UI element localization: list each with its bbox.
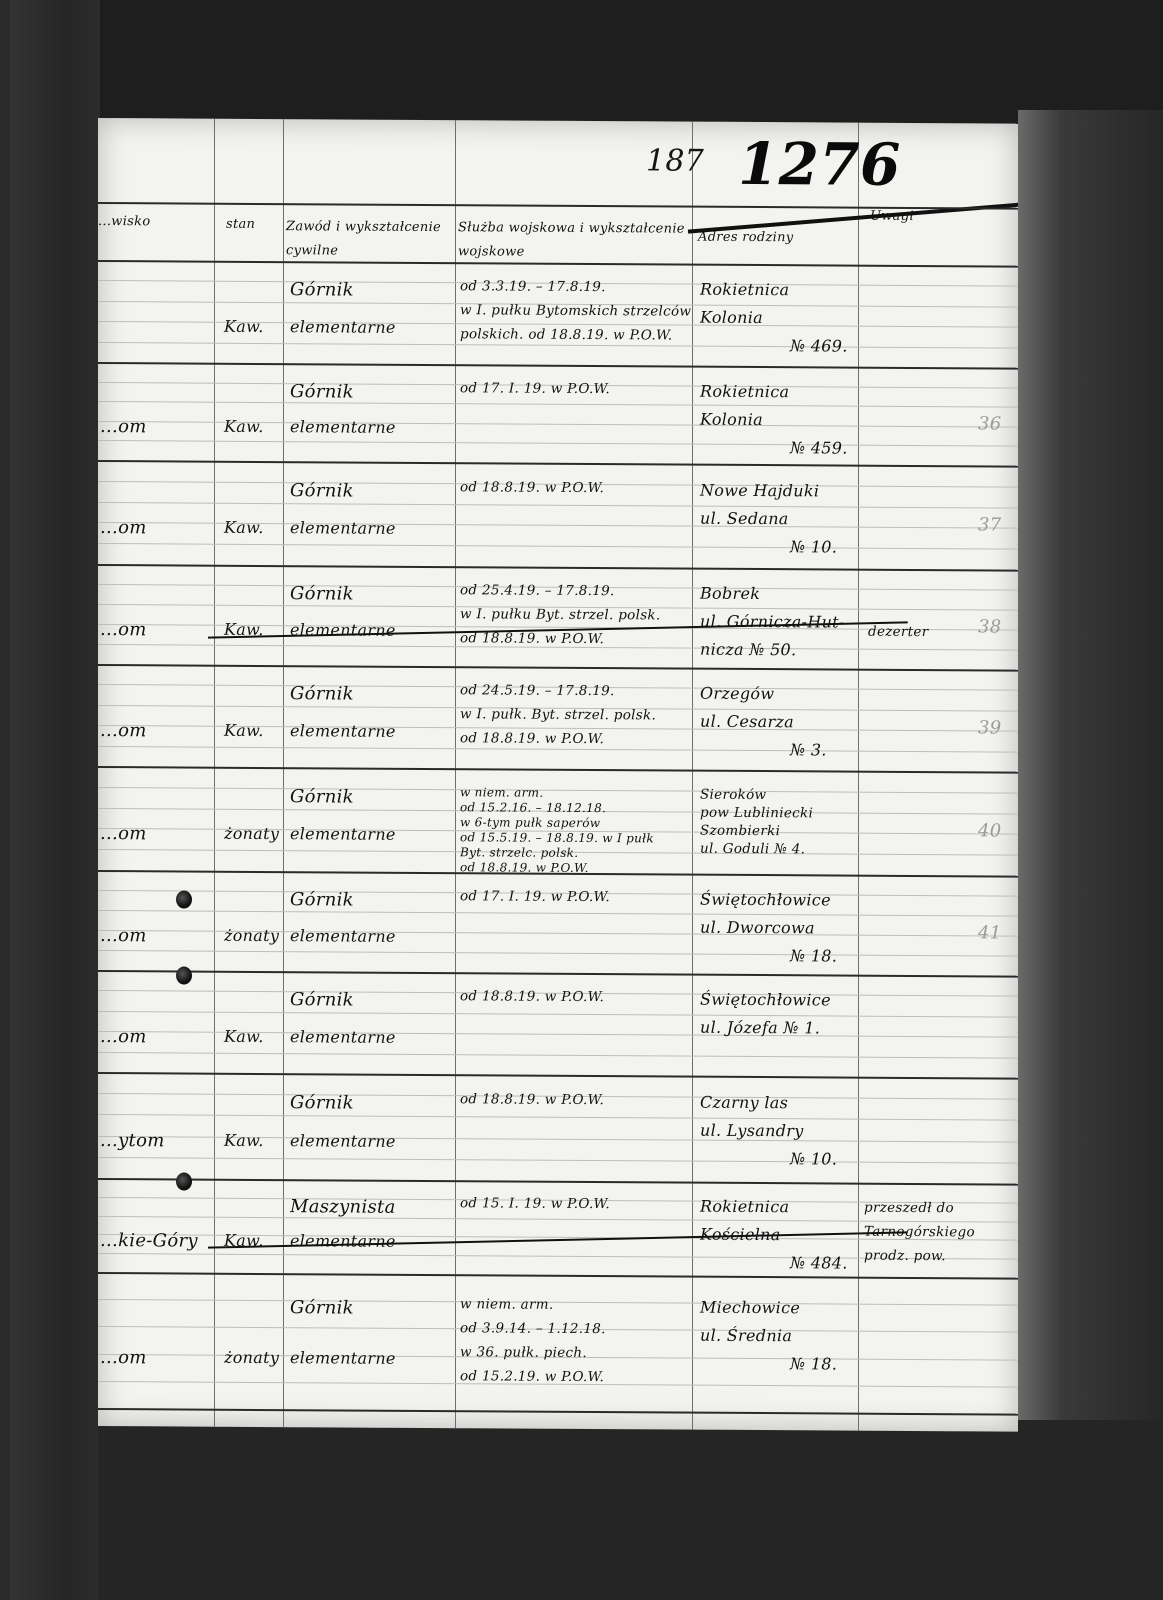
entry-occupation: Górnik bbox=[290, 480, 354, 501]
entry-military-line: od 18.8.19. w P.O.W. bbox=[460, 630, 604, 647]
entry-military-line: od 15. I. 19. w P.O.W. bbox=[460, 1195, 610, 1212]
column-divider bbox=[692, 122, 693, 1430]
entry-address-line: ul. Średnia bbox=[700, 1325, 792, 1345]
entry-address-line: № 469. bbox=[790, 337, 848, 356]
entry-occupation: Górnik bbox=[290, 889, 354, 910]
entry-military-line: od 18.8.19. w P.O.W. bbox=[460, 479, 604, 496]
entry-address-line: № 18. bbox=[790, 1354, 837, 1373]
ledger-line bbox=[98, 1011, 1018, 1018]
entry-address-line: nicza № 50. bbox=[700, 640, 796, 660]
entry-occupation: Górnik bbox=[290, 280, 354, 301]
entry-military-line: od 17. I. 19. w P.O.W. bbox=[460, 380, 610, 397]
row-divider bbox=[98, 1408, 1018, 1416]
faint-margin-number: 38 bbox=[978, 616, 1002, 637]
entry-military-line: od 15.2.19. w P.O.W. bbox=[460, 1368, 604, 1385]
ledger-line bbox=[98, 1299, 1018, 1306]
entry-military-line: polskich. od 18.8.19. w P.O.W. bbox=[460, 327, 672, 344]
entry-name: ...om bbox=[100, 823, 147, 844]
entry-name: ...om bbox=[100, 1026, 147, 1047]
entry-address-line: Szombierki bbox=[700, 822, 780, 838]
faint-margin-number: 41 bbox=[978, 922, 1002, 943]
entry-status: Kaw. bbox=[224, 317, 264, 336]
entry-address-line: ul. Dworcowa bbox=[700, 918, 815, 938]
entry-status: żonaty bbox=[224, 1348, 279, 1367]
entry-address-line: Bobrek bbox=[700, 584, 760, 603]
entry-address-line: Rokietnica bbox=[700, 1197, 789, 1217]
entry-status: żonaty bbox=[224, 926, 279, 945]
ledger-line bbox=[98, 543, 1018, 550]
ledger-line bbox=[98, 502, 1018, 509]
ledger-line bbox=[98, 440, 1018, 447]
entry-military-line: od 25.4.19. – 17.8.19. bbox=[460, 582, 615, 599]
entry-address-line: Świętochłowice bbox=[700, 890, 831, 910]
entry-address-line: pow Lubliniecki bbox=[700, 804, 813, 821]
ledger-line bbox=[98, 910, 1018, 917]
entry-education: elementarne bbox=[290, 1231, 396, 1251]
ledger-line bbox=[98, 401, 1018, 408]
entry-education: elementarne bbox=[290, 317, 396, 337]
entry-address-line: Nowe Hajduki bbox=[700, 480, 819, 500]
entry-address-line: № 18. bbox=[790, 946, 837, 965]
entry-address-line: Świętochłowice bbox=[700, 990, 831, 1010]
punch-hole bbox=[176, 966, 192, 984]
entry-status: Kaw. bbox=[224, 518, 264, 537]
ledger-line bbox=[98, 950, 1018, 957]
entry-military-line: w I. pułku Byt. strzel. polsk. bbox=[460, 606, 661, 623]
entry-name: ...om bbox=[100, 1347, 147, 1368]
entry-military-line: w 36. pułk. piech. bbox=[460, 1344, 587, 1361]
entry-name: ...om bbox=[100, 619, 147, 640]
entry-education: elementarne bbox=[290, 824, 396, 844]
entry-address-line: Orzegów bbox=[700, 684, 774, 703]
faint-margin-number: 36 bbox=[978, 413, 1002, 434]
entry-military-line: od 17. I. 19. w P.O.W. bbox=[460, 888, 610, 905]
row-divider bbox=[98, 362, 1018, 370]
entry-address-line: ul. Goduli № 4. bbox=[700, 840, 805, 857]
entry-address-line: ul. Sedana bbox=[700, 508, 789, 528]
scan-shadow-left bbox=[10, 0, 100, 1600]
faint-margin-number: 40 bbox=[978, 821, 1002, 842]
entry-occupation: Górnik bbox=[290, 1298, 354, 1319]
entry-address-line: № 459. bbox=[790, 438, 848, 457]
entry-education: elementarne bbox=[290, 1348, 396, 1368]
punch-hole bbox=[176, 1172, 192, 1190]
entry-name: ...kie-Góry bbox=[100, 1230, 198, 1252]
header-address: Adres rodziny bbox=[698, 230, 793, 246]
entry-military-line: w niem. arm. bbox=[460, 1296, 553, 1313]
entry-remarks-line: przeszedł do bbox=[864, 1200, 954, 1217]
entry-occupation: Górnik bbox=[290, 381, 354, 402]
entry-education: elementarne bbox=[290, 417, 396, 437]
row-divider bbox=[98, 970, 1018, 978]
entry-address-line: Miechowice bbox=[700, 1297, 800, 1317]
entry-address-line: ul. Cesarza bbox=[700, 712, 794, 732]
register-number: 1276 bbox=[738, 130, 901, 199]
ledger-line bbox=[98, 787, 1018, 794]
entry-address-line: Rokietnica bbox=[700, 280, 789, 300]
column-divider bbox=[283, 119, 284, 1427]
entry-status: Kaw. bbox=[224, 417, 264, 436]
ledger-line bbox=[98, 1114, 1018, 1121]
entry-address-line: Sieroków bbox=[700, 786, 766, 802]
entry-military-line: od 15.2.16. – 18.12.18. bbox=[460, 800, 606, 815]
punch-hole bbox=[176, 890, 192, 908]
row-divider bbox=[98, 1072, 1018, 1080]
entry-occupation: Górnik bbox=[290, 1092, 354, 1113]
entry-remarks-line: prodz. pow. bbox=[864, 1248, 946, 1265]
entry-status: Kaw. bbox=[224, 721, 264, 740]
entry-military-line: od 18.8.19. w P.O.W. bbox=[460, 860, 589, 875]
entry-education: elementarne bbox=[290, 926, 396, 946]
header-name: ...wisko bbox=[98, 214, 150, 229]
page-number: 187 bbox=[646, 143, 704, 178]
entry-education: elementarne bbox=[290, 518, 396, 538]
entry-education: elementarne bbox=[290, 620, 396, 640]
entry-military-line: w I. pułku Bytomskich strzelców bbox=[460, 303, 691, 320]
entry-military-line: Byt. strzelc. polsk. bbox=[460, 845, 578, 860]
register-page: 187 1276 ...wisko stan Zawód i wykształc… bbox=[98, 118, 1018, 1432]
row-divider bbox=[98, 460, 1018, 468]
entry-military-line: w niem. arm. bbox=[460, 785, 543, 800]
entry-address-line: ul. Józefa № 1. bbox=[700, 1018, 820, 1038]
row-divider bbox=[98, 766, 1018, 774]
entry-address-line: ul. Lysandry bbox=[700, 1121, 804, 1141]
entry-address-line: Kolonia bbox=[700, 409, 763, 428]
header-remarks: Uwagi bbox=[870, 209, 914, 224]
entry-name: ...om bbox=[100, 925, 147, 946]
entry-military-line: od 15.5.19. – 18.8.19. w I pułk bbox=[460, 830, 654, 845]
entry-military-line: od 24.5.19. – 17.8.19. bbox=[460, 683, 615, 700]
entry-military-line: od 18.8.19. w P.O.W. bbox=[460, 731, 604, 748]
entry-address-line: № 10. bbox=[790, 537, 837, 556]
entry-occupation: Górnik bbox=[290, 990, 354, 1011]
faint-margin-number: 39 bbox=[978, 717, 1002, 738]
header-status: stan bbox=[226, 217, 255, 232]
entry-education: elementarne bbox=[290, 1027, 396, 1047]
entry-address-line: № 10. bbox=[790, 1149, 837, 1168]
row-divider bbox=[98, 664, 1018, 672]
entry-occupation: Górnik bbox=[290, 583, 354, 604]
entry-address-line: № 3. bbox=[790, 741, 827, 760]
ledger-line bbox=[98, 1052, 1018, 1059]
entry-military-line: od 18.8.19. w P.O.W. bbox=[460, 989, 604, 1006]
entry-name: ...om bbox=[100, 517, 147, 538]
entry-military-line: w I. pułk. Byt. strzel. polsk. bbox=[460, 707, 656, 724]
entry-address-line: ul. Górnicza-Hut- bbox=[700, 612, 845, 632]
entry-occupation: Maszynista bbox=[290, 1196, 396, 1218]
entry-military-line: od 3.3.19. – 17.8.19. bbox=[460, 279, 606, 296]
entry-occupation: Górnik bbox=[290, 684, 354, 705]
entry-status: Kaw. bbox=[224, 1131, 264, 1150]
entry-address-line: Rokietnica bbox=[700, 381, 789, 401]
entry-military-line: w 6-tym pułk saperów bbox=[460, 815, 600, 830]
entry-name: ...om bbox=[100, 416, 147, 437]
header-occupation: Zawód i wykształcenie cywilne bbox=[286, 215, 451, 264]
entry-education: elementarne bbox=[290, 1131, 396, 1151]
header-military: Służba wojskowa i wykształcenie wojskowe bbox=[458, 216, 688, 265]
ledger-line bbox=[98, 1157, 1018, 1164]
column-divider bbox=[214, 119, 215, 1427]
ledger-line bbox=[98, 1216, 1018, 1223]
entry-occupation: Górnik bbox=[290, 786, 354, 807]
entry-remarks: dezerter bbox=[868, 624, 928, 640]
entry-status: żonaty bbox=[224, 824, 279, 843]
row-divider bbox=[98, 1272, 1018, 1280]
row-divider bbox=[98, 1178, 1018, 1186]
column-divider bbox=[455, 120, 456, 1428]
entry-address-line: № 484. bbox=[790, 1253, 848, 1272]
scan-shadow-right bbox=[1018, 110, 1163, 1430]
entry-military-line: od 18.8.19. w P.O.W. bbox=[460, 1091, 604, 1108]
entry-address-line: Kolonia bbox=[700, 308, 763, 327]
faint-margin-number: 37 bbox=[978, 515, 1002, 536]
entry-military-line: od 3.9.14. – 1.12.18. bbox=[460, 1320, 606, 1337]
entry-address-line: Czarny las bbox=[700, 1093, 788, 1113]
scan-edge-left bbox=[0, 0, 10, 1600]
entry-name: ...om bbox=[100, 720, 147, 741]
scan-shadow-bottom bbox=[98, 1420, 1163, 1600]
entry-name: ...ytom bbox=[100, 1130, 165, 1151]
entry-education: elementarne bbox=[290, 721, 396, 741]
entry-status: Kaw. bbox=[224, 1027, 264, 1046]
row-divider bbox=[98, 564, 1018, 572]
